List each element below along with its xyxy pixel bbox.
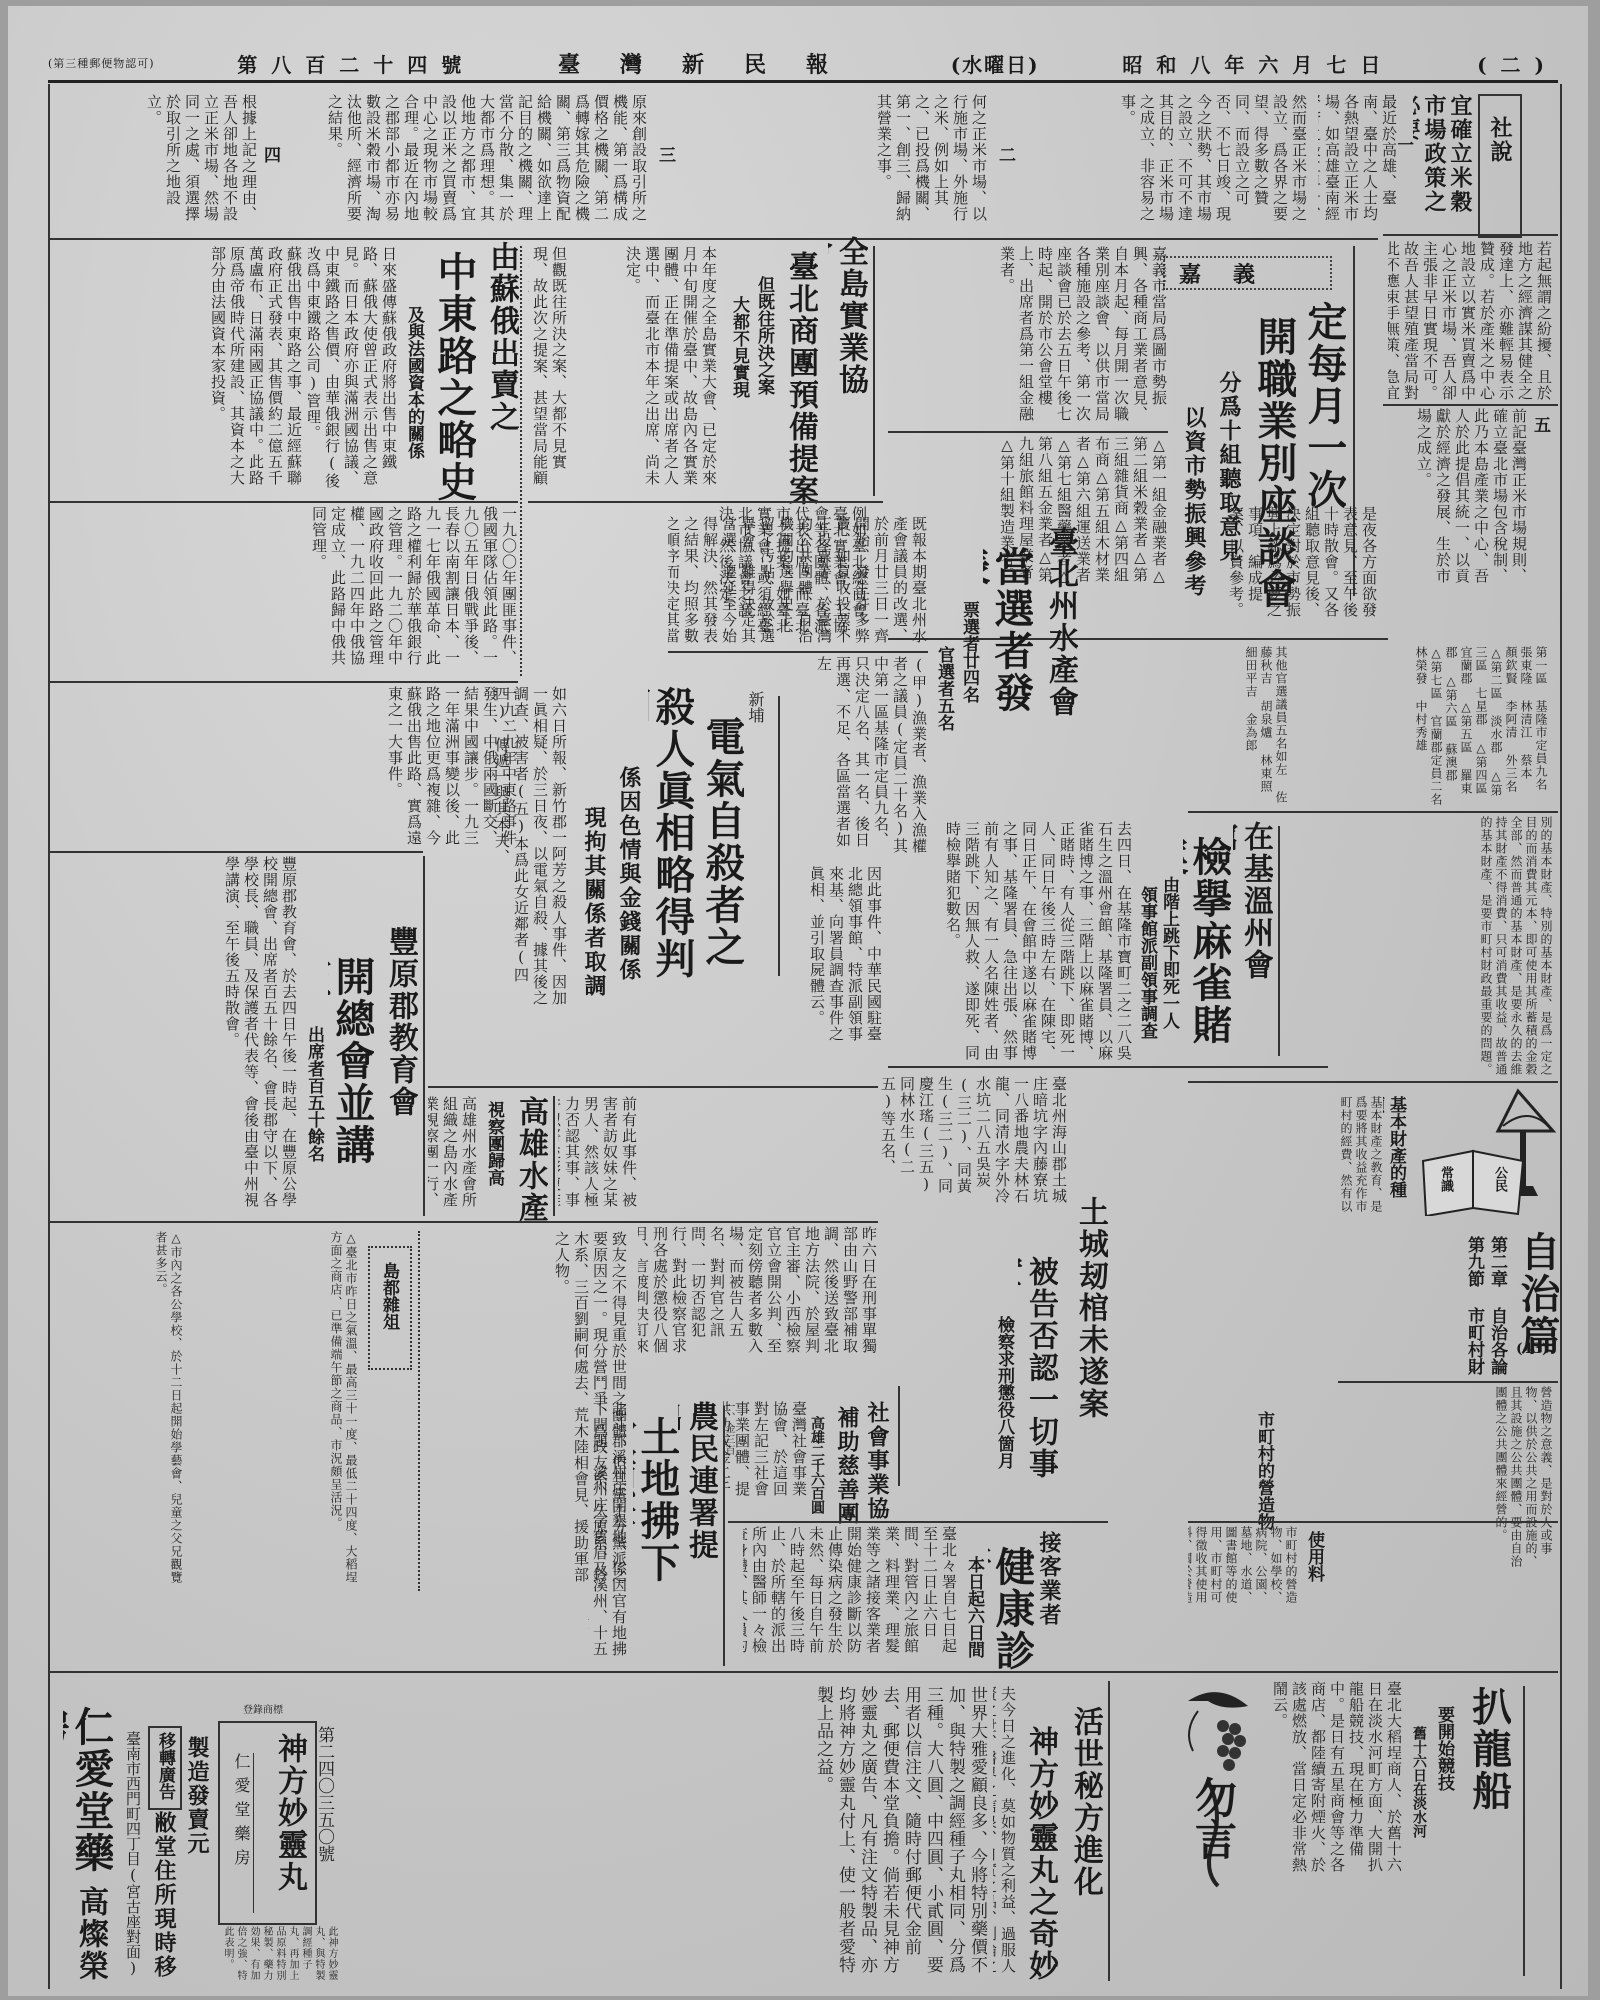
postal-notice: (第三種郵便物認可) [48, 55, 155, 71]
editorial-body-5: 根據上記之理由、吾人卻地各地不設立正米市場、然場同一之處、須選擇於取引所之地設立… [58, 94, 258, 234]
ad-medicine-maker: 仁愛堂藥房 [226, 1753, 254, 1913]
densho-place: 新埔 [743, 691, 765, 751]
kenko-headline-2: 健康診斷 [988, 1546, 1034, 1686]
soren-body-2: 蘇俄出售中東路之事、最近經蘇聯政府正式發表、其售價約二億五千萬盧布、日滿兩國正協… [58, 246, 303, 496]
ad-medicine-note: 此神方妙靈丸、與特製調經種子丸、再加上品原料特別秘製、藥力効果、有加倍之強、特此… [218, 1926, 338, 1986]
divider [48, 238, 1378, 240]
divider [528, 501, 883, 503]
chiayi-place: 嘉義市 [1165, 258, 1330, 290]
jitsugyo-body-1: 本年度之全島實業大會、已定於來月中旬開催於臺中、故島內各實業團體、正在準備提案或… [568, 246, 718, 496]
kenko-body-1: 臺北々署自七日起至十二日止六日間、對管內之旅館業、料理業、理髮業等之諸接客業者開… [743, 1526, 958, 1666]
ad-medicine-box: 神方妙靈丸 仁愛堂藥房 [218, 1721, 317, 1925]
ad-relocation-label: 移轉廣告 [150, 1728, 180, 1804]
editorial-body-2: 然而臺正米市場之設立、爲各界之要望、得多數之贊同、而設立之可否、不七日竣、現今之… [1018, 94, 1308, 234]
suisan-headline-1: 臺北州水產會 [1038, 526, 1078, 726]
divider [1278, 826, 1280, 1056]
ad-relocation-label-box: 移轉廣告 [148, 1726, 182, 1810]
divider [1108, 1681, 1110, 1981]
tojo-body-1: 臺北州海山郡土城庄暗坑字內藤寮坑一八番地農夫林石龍、同清水字外冷水坑二八五吳炭(… [878, 1076, 1068, 1206]
ad-relocation-text: 敝堂住所現時移轉 [148, 1811, 178, 1991]
ad-relocation-address: 臺南市西門町四丁目(宮古座對面) [118, 1731, 144, 1991]
kominjoshiki-subhead-3: 使用料 [1303, 1531, 1325, 1601]
divider [728, 1521, 1108, 1523]
toyohara-headline-2: 開總會並講演 [328, 956, 374, 1186]
soren-sub: 及與法國資本的關係 [403, 306, 425, 526]
kominjoshiki-subhead: 基本財產的種類 [1383, 1096, 1407, 1206]
ad-main-headline-2: 神方妙靈丸之奇妙 [1018, 1726, 1058, 1986]
densho-headline-2: 殺人眞相略得判明 [648, 686, 694, 986]
editorial-body-7: 前記臺灣正米市場規則、確立臺北市場包含稅制、此乃本島產業之中心、吾人於此提倡其統… [1388, 408, 1528, 598]
page-number: (二) [1477, 49, 1558, 78]
kiilung-sub-1: 由階上跳下即死一人 [1158, 876, 1180, 1036]
divider [1523, 1686, 1525, 1976]
densho-sub-2: 現拘其關係者取調中 [578, 806, 608, 1016]
shakai-sub: 高雄二千六百圓 [808, 1416, 828, 1526]
divider [1338, 1381, 1558, 1383]
tojo-headline-1: 土城刼棺未遂案 [1068, 1196, 1108, 1426]
kominjoshiki-body-2: 別的基本財產、特別的基本財產、是爲一定之目的而消費其元本、即可使用其所蓄積的金穀… [1298, 816, 1553, 1076]
issue-date: 昭和八年六月七日 [1122, 49, 1394, 78]
divider [888, 1066, 1328, 1068]
book-label-1: 公民 [1490, 1166, 1509, 1192]
kiilung-headline-1: 在基溫州會館 [1233, 821, 1273, 1001]
suisan-sub-1: 票選者廿四名 [958, 601, 980, 741]
kominjoshiki-body-4: 市町村的營造物、如學校、病院、公園、墓地、水道、圖書館等的使用、市町村可得徵收其… [1188, 1526, 1298, 1606]
weekday: (水曜日) [951, 49, 1040, 78]
divider [428, 1086, 878, 1088]
kiilung-sub-2: 領事館派副領事調查 [1136, 886, 1158, 1046]
nomin-body-1: 北斗郡溪州庄開墾地、係因官有地拂下問題、溪州庄字舊眉及溪州、十五名之農民、連署提… [588, 1401, 628, 1661]
dragonboat-body-1: 臺北大稻埕商人、於舊十六日在淡水河町方面、大開扒龍船競技、現在極力準備中。是日有… [1273, 1681, 1403, 1881]
kominjoshiki-body-1: 基本財產之教育、是爲要將其收益充作市町村的經費、然有以特別之目的設定特別基本財產… [1338, 1096, 1383, 1216]
jitsugyo-sub-1: 但既往所決之案 [753, 276, 775, 426]
jitsugyo-sub-2: 大都不見實現 [728, 296, 750, 446]
editorial-body-4: 原來創設取引所之機能、第一爲構成價格之機關、第二爲轉嫁其危險之機關、第三爲物資配… [288, 94, 648, 234]
paper-title: 臺灣新民報 [558, 48, 868, 79]
toyohara-headline-1: 豐原郡教育會 [378, 926, 418, 1176]
jitsugyo-headline-1: 全島實業協會 [828, 236, 868, 426]
kominjoshiki-subhead-2: 市町村的營造物 [1253, 1411, 1275, 1531]
kenko-headline-1: 接客業者 [1033, 1531, 1063, 1631]
editorial-section-5: 五 [1533, 416, 1551, 440]
densho-place-1: 新 [746, 691, 765, 707]
ad-relocation-shop: 仁愛堂藥房 [63, 1706, 113, 1886]
densho-headline-1: 電氣自殺者之 [698, 716, 744, 986]
editorial-section-1: 一 [1398, 136, 1414, 156]
masthead: (第三種郵便物認可) 第八百二十四號 臺灣新民報 (水曜日) 昭和八年六月七日 … [48, 46, 1558, 83]
editorial-label-box: 社說 [1478, 94, 1522, 238]
kaohsiung-body-1: 高雄州水產會所組織之島內水產業視察團一行、於去四日午後由臺北出發、經宜蘭、蘇澳、… [428, 1096, 478, 1216]
open-book-icon [1418, 1146, 1528, 1216]
shakai-list: 一、金三百圓 [723, 1401, 738, 1461]
ad-medicine-sales: 製造發賣元 [183, 1736, 211, 1876]
divider [723, 1406, 725, 1666]
ad-relocation-owner: 高燦榮 [68, 1886, 108, 1996]
kaohsiung-headline-2: 視察團歸高 [483, 1101, 505, 1211]
ad-main-body-1: 夫今日之進化、莫如物質之利益、過服人賢之世、醫界之信泉、自實之品、別論之神、名者… [993, 1686, 1017, 1986]
kiilung-headline-2: 檢擧麻雀賭案 [1183, 836, 1231, 1066]
issue-number: 第八百二十四號 [237, 49, 475, 78]
divider [48, 1221, 878, 1223]
ad-medicine-patent: 第二四〇三五〇號 [313, 1726, 337, 1886]
densho-body-2: 前有此事件、被害者訪奴妹之某男人、然該人極力否認其事、事件似將益形複雜化云。 [558, 1096, 638, 1216]
editorial-body-1: 最近於高雄、臺南、臺中之人士均各熱望設立正米市場、如高雄臺南經督府之設立早計、不… [1318, 94, 1398, 234]
ad-main-headline-1: 活世秘方進化 [1063, 1706, 1103, 1936]
divider [48, 681, 518, 683]
kiilung-body-1: 去四日、在基隆市寶町二之二八吳石生之溫州會館、基隆署員、以麻雀賭博之事、三階上以… [888, 821, 1133, 1061]
divider [1188, 1521, 1558, 1523]
toyohara-body-1: 豐原郡教育會、於去四日午後一時起、在豐原公學校開總會、出席者百五十餘名、會長郡守… [58, 856, 298, 1216]
newspaper-page: (第三種郵便物認可) 第八百二十四號 臺灣新民報 (水曜日) 昭和八年六月七日 … [8, 6, 1588, 1996]
soren-headline-2: 中東路之略史 [428, 251, 476, 531]
book-illustration: 常識 公民 [1418, 1146, 1528, 1216]
toto-body-2: △市內之各公學校、於十二日起開始學藝會、兒童之父兄觀覽者甚多云。 [58, 1231, 183, 1591]
jitsugyo-headline-2: 臺北商團預備提案 [778, 251, 818, 511]
divider [520, 246, 524, 676]
ad-main-body-2: 世界大雅愛顧良多、今將特別藥價不加、與特製之調經種子丸相同、分爲三種。大八圓、中… [338, 1686, 988, 1986]
tojo-headline-2: 被告否認一切事實 [1018, 1256, 1058, 1496]
dragonboat-sub: 舊十六日在淡水河 [1408, 1726, 1430, 1866]
suisan-others: 其他官選議員五名如左 佐藤秋吉 胡泉爐 林東照 細田平吉 金為郎 [1188, 646, 1288, 806]
kominjoshiki-chapter: 第二章 自治各論 [1486, 1236, 1508, 1376]
grape-ad-label: 勿言 [1183, 1776, 1243, 1896]
editorial-section-2: 二 [998, 146, 1016, 170]
divider [888, 431, 1168, 433]
toyohara-sub: 出席者百五十餘名 [303, 1026, 325, 1206]
divider [778, 696, 780, 976]
divider [48, 501, 518, 503]
nomin-headline-1: 農民連署提出 [678, 1401, 718, 1581]
kiilung-body-2: 因此事件、中華民國駐臺北總領事館、特派副領事來基、向署員調查事件之眞相、並引取屍… [788, 866, 883, 1056]
nomin-headline-2: 土地拂下歎願書 [633, 1416, 679, 1616]
soren-body-1: 日來盛傳蘇俄政府將出售中東鐵路、蘇俄大使曾正式表示出售之意見。而日本政府亦與滿洲… [308, 246, 398, 496]
divider [1188, 1081, 1558, 1083]
toto-label: 島都雜俎 [370, 1248, 408, 1344]
dragonboat-headline-2: 要開始競技 [1433, 1706, 1455, 1826]
densho-sub-1: 係因色情與金錢關係 [613, 766, 643, 996]
editorial-section-4: 四 [263, 146, 281, 170]
divider [418, 1231, 422, 1591]
editorial-title: 宜確立米穀市場政策之必要 [1413, 94, 1473, 234]
toto-body-1: △臺北市昨日之氣溫、最高三十一度、最低二十四度、大稻埕方面之商店、已準備端午節之… [188, 1231, 358, 1591]
soren-headline-1: 由蘇俄出賣之 [483, 241, 519, 441]
ad-medicine-reg: 登錄商標 [223, 1701, 303, 1721]
suisan-body-1: 既報本期臺北州水產會議員的改選、於前月廿三日一齊開始、發生許多弊竇、如買收投票不… [668, 516, 928, 646]
editorial-body-6: 若起無謂之紛擾、且於地方之經濟謀其健全之發達上、亦難輕易表示贊成。若於產米之中心… [1388, 241, 1553, 401]
tojo-sub: 檢察求刑懲役八箇月 [993, 1316, 1015, 1486]
divider [423, 856, 425, 1216]
suisan-sub-2: 官選者五名 [933, 646, 955, 756]
dragonboat-headline-1: 扒龍船 [1463, 1686, 1511, 1836]
suisan-list: 第一區 基隆市定員九名 張東隆 林清江 蔡本 顏欽賢 李阿清 外三名 △第二區 … [1298, 646, 1548, 806]
divider [1383, 234, 1558, 236]
soren-body-3: 一九〇〇年團匪事件、俄國軍隊佔領此路。一九〇五年日俄戰爭後、長春以南割讓日本、一… [58, 506, 518, 676]
divider [553, 1096, 555, 1216]
divider [48, 1671, 1558, 1673]
kominjoshiki-number: (43) [1516, 1341, 1556, 1361]
densho-body-1: 如六日所報、新竹郡一阿芳之殺人事件、因加一眞相疑、於三日夜、以電氣自殺、據其後之… [428, 686, 568, 1016]
divider [48, 851, 423, 853]
densho-place-2: 埔 [746, 707, 765, 723]
shakai-headline-2: 補助慈善團體 [833, 1406, 861, 1526]
chiayi-headline-1: 定每月一次 [1298, 301, 1346, 521]
suisan-headline-2: 當選者發表 [983, 546, 1033, 746]
divider [1383, 404, 1558, 406]
divider [898, 1386, 900, 1486]
book-label-2: 常識 [1436, 1166, 1455, 1192]
chiayi-body-1: 嘉義市當局爲圖市勢振興、各種商工業者意見、自本月起、每月開一次職業別座談會、以供… [888, 246, 1168, 426]
editorial-label: 社說 [1480, 96, 1520, 184]
chiayi-body-3: 是夜各方面欲發表意見、至午後十時散會。又各組聽取意見後、決定對於市勢振興上認爲必… [1168, 506, 1378, 626]
editorial-section-3: 三 [658, 146, 676, 170]
jitsugyo-body-3: 但觀既往所決之案、大都不見實現、故此次之提案、甚望當局能顧慮實施云。 [528, 246, 568, 496]
chiayi-place-box: 嘉義市 [1163, 256, 1332, 290]
kominjoshiki-section: 第九節 市町村財政 [1463, 1236, 1485, 1376]
kaohsiung-headline-1: 高雄水產 [508, 1096, 548, 1236]
editorial-body-3: 何之正米市場、以行施市場、外施行之米、例如上其之、已投爲機關、第一、創三、歸納其… [688, 94, 988, 234]
divider [668, 651, 928, 653]
ad-medicine-name: 神方妙靈丸 [271, 1733, 307, 1918]
divider [1188, 811, 1558, 813]
shakai-headline-1: 社會事業協會 [863, 1401, 891, 1521]
kenko-sub: 本日起六日間 [963, 1556, 985, 1676]
divider [873, 246, 875, 496]
tojo-body-2: 昨六日在刑事單獨部由山野警部補取調、然後送致臺北地方法院、於屋判官主審、小西檢察… [638, 1226, 878, 1366]
toto-label-box: 島都雜俎 [368, 1246, 412, 1370]
